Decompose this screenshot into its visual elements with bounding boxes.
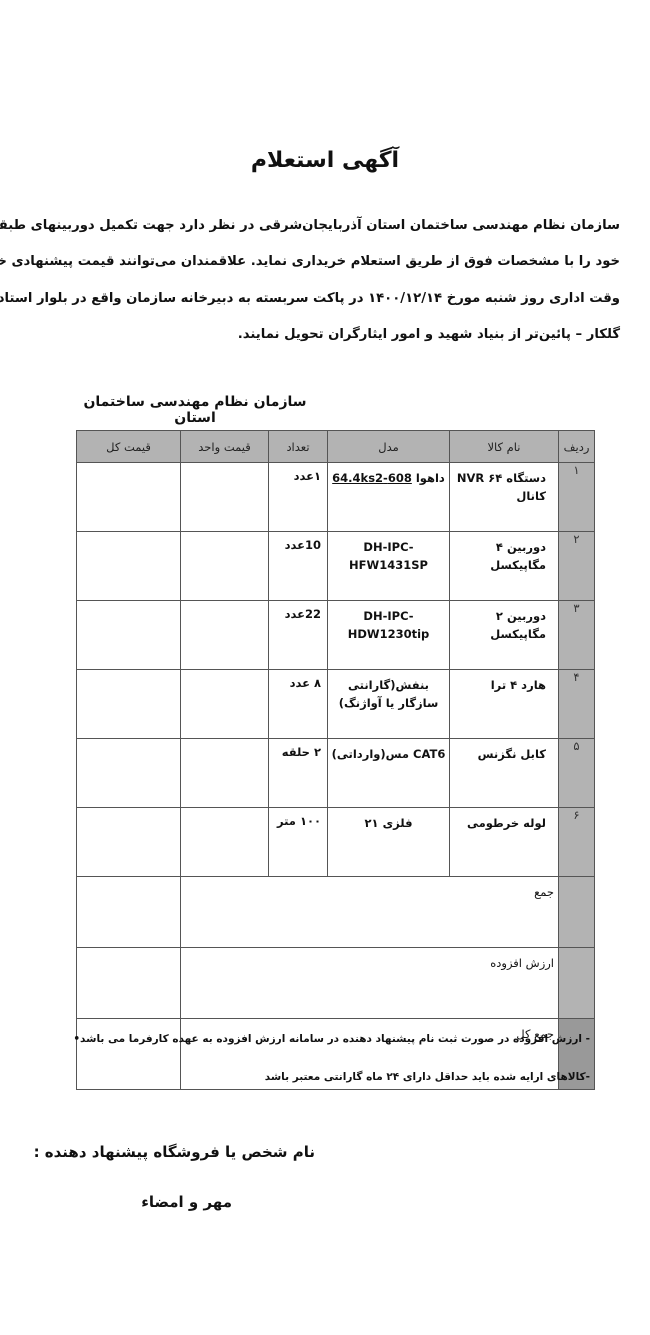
model-brand: داهوا [412,471,445,485]
header-radif: ردیف [559,431,595,463]
row-unit-price[interactable] [181,532,269,601]
table-row: ۳ دوربین ۲ مگاپیکسل DH-IPC-HDW1230tip 22… [77,601,595,670]
summary-label-vat: ارزش افزوده [181,948,559,1019]
row-item-name: دوربین ۴ مگاپیکسل [450,532,559,601]
row-model: CAT6 مس(وارداتی) [328,739,450,808]
header-model: مدل [328,431,450,463]
summary-row-vat: ارزش افزوده [77,948,595,1019]
paragraph-line-1: سازمان نظام مهندسی ساختمان استان آذربایج… [20,218,620,233]
row-model: داهوا 608-64.4ks2 [328,463,450,532]
header-total-price: قیمت کل [77,431,181,463]
summary-value-grand-total[interactable] [77,1019,181,1090]
row-model: فلزی ۲۱ [328,808,450,877]
row-unit-price[interactable] [181,463,269,532]
items-table: ردیف نام کالا مدل تعداد قیمت واحد قیمت ک… [76,430,595,1090]
summary-row-sum: جمع [77,877,595,948]
table-row: ۵ کابل نگزنس CAT6 مس(وارداتی) ۲ حلقه [77,739,595,808]
row-total-price[interactable] [77,670,181,739]
table-row: ۲ دوربین ۴ مگاپیکسل DH-IPC-HFW1431SP 10ع… [77,532,595,601]
summary-value-vat[interactable] [77,948,181,1019]
summary-radif-cell [559,877,595,948]
row-qty: ۲ حلقه [269,739,328,808]
row-unit-price[interactable] [181,808,269,877]
row-item-name: دوربین ۲ مگاپیکسل [450,601,559,670]
paragraph-line-2: خود را با مشخصات فوق از طریق استعلام خری… [20,254,620,269]
row-unit-price[interactable] [181,670,269,739]
row-radif: ۱ [559,463,595,532]
summary-label-sum: جمع [181,877,559,948]
table-header-row: ردیف نام کالا مدل تعداد قیمت واحد قیمت ک… [77,431,595,463]
row-total-price[interactable] [77,739,181,808]
row-total-price[interactable] [77,532,181,601]
summary-value-sum[interactable] [77,877,181,948]
header-qty: تعداد [269,431,328,463]
row-qty: ۱۰۰ متر [269,808,328,877]
table-row: ۶ لوله خرطومی فلزی ۲۱ ۱۰۰ متر [77,808,595,877]
note-vat: - ارزش افزوده در صورت ثبت نام پیشنهاد ده… [73,1033,590,1045]
row-model: بنفش(گارانتی سازگار یا آواژنگ) [328,670,450,739]
note-warranty: -کالاهای ارایه شده باید حداقل دارای ۲۴ م… [265,1071,590,1083]
row-model: DH-IPC-HDW1230tip [328,601,450,670]
row-model: DH-IPC-HFW1431SP [328,532,450,601]
row-radif: ۳ [559,601,595,670]
row-unit-price[interactable] [181,739,269,808]
row-total-price[interactable] [77,808,181,877]
row-item-name: کابل نگزنس [450,739,559,808]
document-title: آگهی استعلام [0,148,650,173]
paragraph-line-3: وقت اداری روز شنبه مورخ ۱۴۰۰/۱۲/۱۴ در پا… [20,291,620,306]
row-qty: ۸ عدد [269,670,328,739]
header-name: نام کالا [450,431,559,463]
summary-radif-cell [559,948,595,1019]
row-item-name: لوله خرطومی [450,808,559,877]
row-total-price[interactable] [77,463,181,532]
row-item-name: هارد ۴ ترا [450,670,559,739]
row-radif: ۲ [559,532,595,601]
stamp-signature-label: مهر و امضاء [141,1193,232,1211]
row-qty: 22عدد [269,601,328,670]
model-code: 608-64.4ks2 [332,471,412,485]
row-item-name: دستگاه NVR ۶۴ کانال [450,463,559,532]
row-qty: ۱عدد [269,463,328,532]
organization-name: سازمان نظام مهندسی ساختمان استان [70,394,320,426]
row-qty: 10عدد [269,532,328,601]
table-row: ۱ دستگاه NVR ۶۴ کانال داهوا 608-64.4ks2 … [77,463,595,532]
header-unit-price: قیمت واحد [181,431,269,463]
row-radif: ۶ [559,808,595,877]
table-row: ۴ هارد ۴ ترا بنفش(گارانتی سازگار یا آواژ… [77,670,595,739]
row-radif: ۵ [559,739,595,808]
bidder-name-label: نام شخص یا فروشگاه پیشنهاد دهنده : [34,1143,315,1161]
row-total-price[interactable] [77,601,181,670]
row-radif: ۴ [559,670,595,739]
paragraph-line-4: گلکار – پائین‌تر از بنیاد شهید و امور ای… [20,327,620,342]
row-unit-price[interactable] [181,601,269,670]
